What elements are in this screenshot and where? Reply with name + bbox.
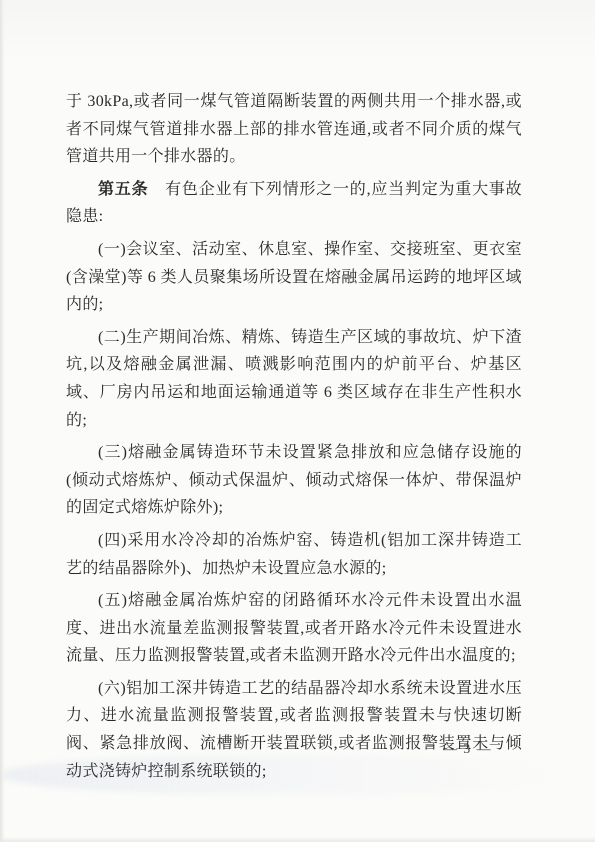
paragraph-item-6: (六)铝加工深井铸造工艺的结晶器冷却水系统未设置进水压力、进水流量监测报警装置,…	[66, 675, 522, 785]
paragraph-continuation: 于 30kPa,或者同一煤气管道隔断装置的两侧共用一个排水器,或者不同煤气管道排…	[66, 88, 522, 171]
scanned-document-page: 于 30kPa,或者同一煤气管道隔断装置的两侧共用一个排水器,或者不同煤气管道排…	[0, 0, 595, 842]
paragraph-item-3: (三)熔融金属铸造环节未设置紧急排放和应急储存设施的(倾动式熔炼炉、倾动式保温炉…	[66, 439, 522, 522]
scan-edge-left	[0, 0, 5, 842]
document-body: 于 30kPa,或者同一煤气管道隔断装置的两侧共用一个排水器,或者不同煤气管道排…	[66, 88, 522, 785]
paragraph-item-4: (四)采用水冷冷却的冶炼炉窑、铸造机(铝加工深井铸造工艺的结晶器除外)、加热炉未…	[66, 527, 522, 582]
scan-edge-bottom	[0, 837, 595, 842]
paragraph-item-2: (二)生产期间冶炼、精炼、铸造生产区域的事故坑、炉下渣坑,以及熔融金属泄漏、喷溅…	[66, 324, 522, 434]
paragraph-item-5: (五)熔融金属冶炼炉窑的闭路循环水冷元件未设置出水温度、进出水流量差监测报警装置…	[66, 587, 522, 670]
page-number: — 3 —	[443, 742, 492, 758]
scan-haze-top	[0, 0, 595, 60]
paragraph-item-1: (一)会议室、活动室、休息室、操作室、交接班室、更衣室(含澡堂)等 6 类人员聚…	[66, 236, 522, 319]
article-number-label: 第五条	[98, 181, 148, 198]
paragraph-article-5: 第五条 有色企业有下列情形之一的,应当判定为重大事故隐患:	[66, 176, 522, 231]
